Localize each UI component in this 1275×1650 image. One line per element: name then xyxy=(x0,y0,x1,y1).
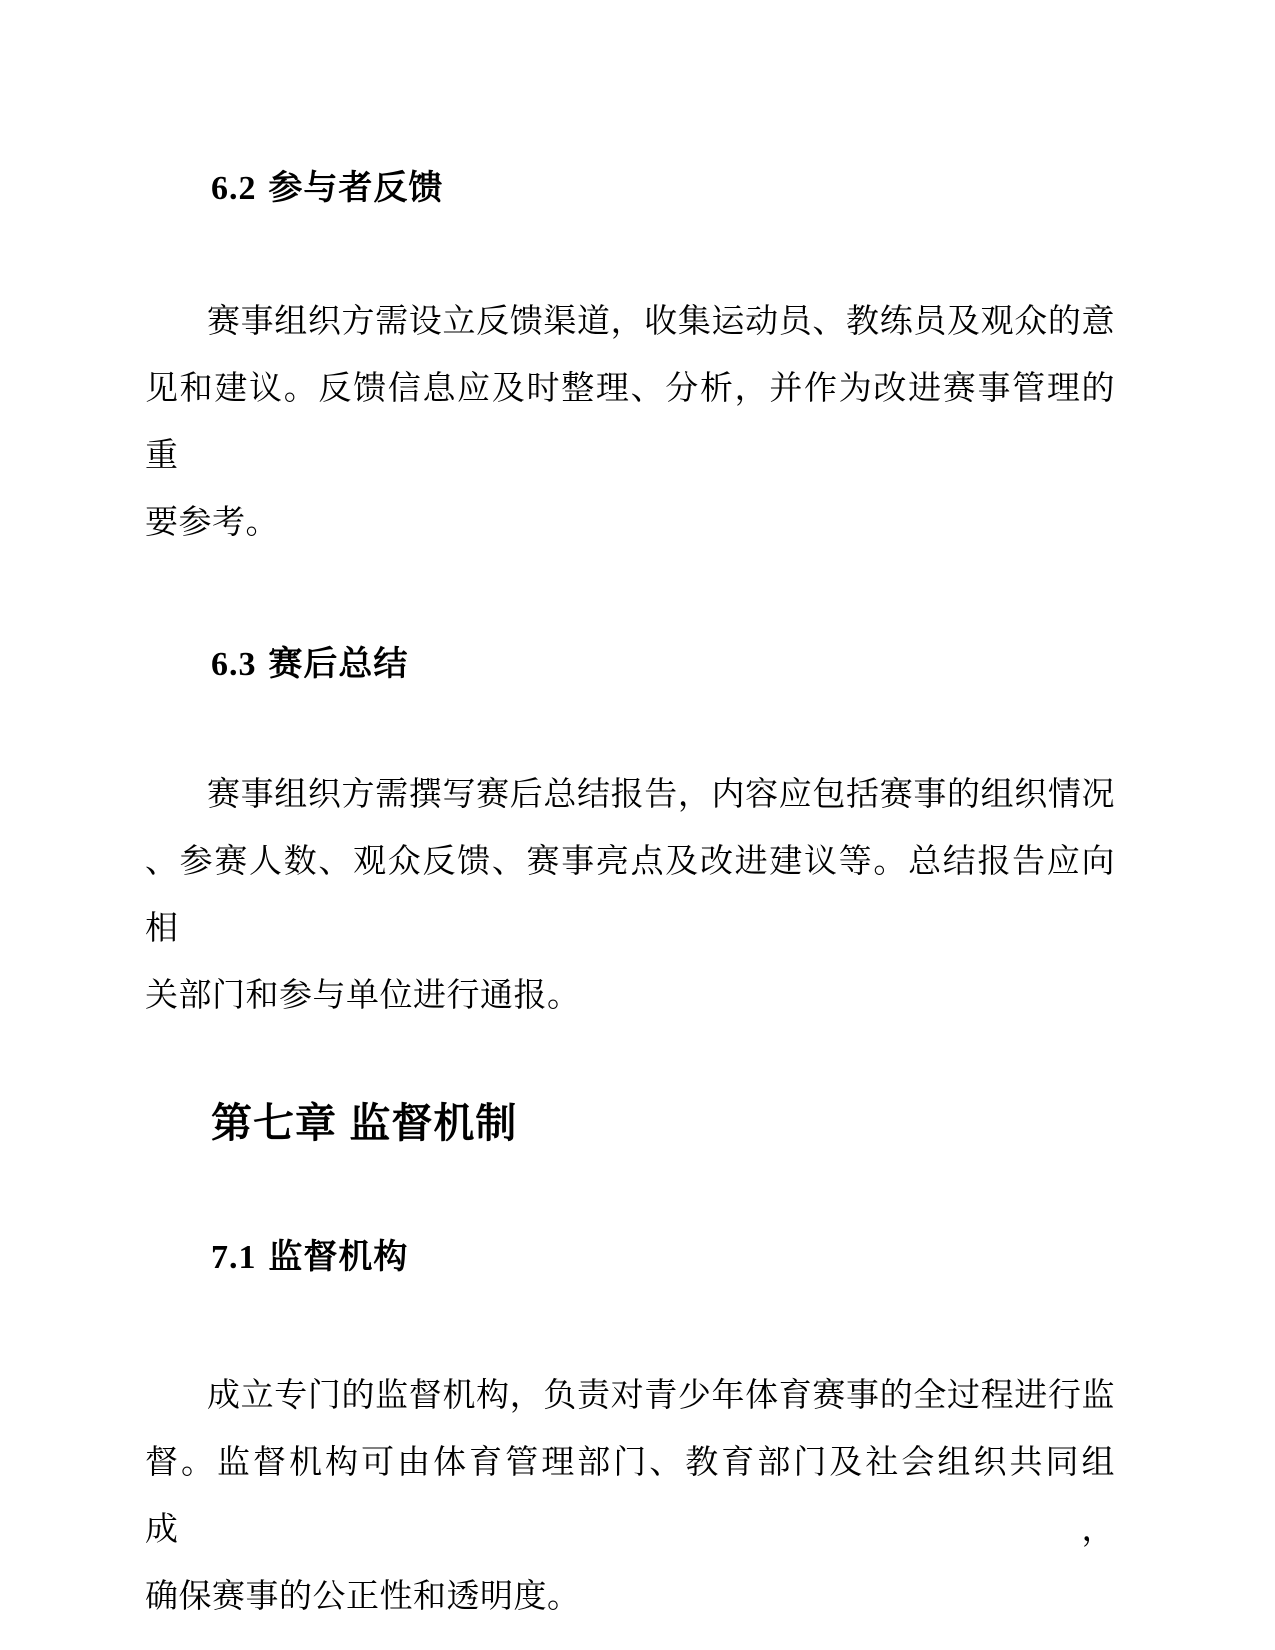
paragraph-post-event-summary: 赛事组织方需撰写赛后总结报告，内容应包括赛事的组织情况 、参赛人数、观众反馈、赛… xyxy=(145,762,1115,1030)
paragraph-line: 成立专门的监督机构，负责对青少年体育赛事的全过程进行监 xyxy=(145,1363,1115,1430)
chapter-heading-7: 第七章 监督机制 xyxy=(145,1099,1115,1147)
paragraph-line: 督。监督机构可由体育管理部门、教育部门及社会组织共同组成， xyxy=(145,1430,1115,1564)
paragraph-line: 确保赛事的公正性和透明度。 xyxy=(145,1564,1115,1631)
section-heading-6-2: 6.2参与者反馈 xyxy=(145,168,1115,209)
paragraph-line: 关部门和参与单位进行通报。 xyxy=(145,963,1115,1030)
section-number: 7.1 xyxy=(211,1239,257,1276)
paragraph-line: 赛事组织方需设立反馈渠道，收集运动员、教练员及观众的意 xyxy=(145,289,1115,356)
section-title: 赛后总结 xyxy=(268,645,408,683)
paragraph-line: 见和建议。反馈信息应及时整理、分析，并作为改进赛事管理的重 xyxy=(145,356,1115,490)
paragraph-line: 赛事组织方需撰写赛后总结报告，内容应包括赛事的组织情况 xyxy=(145,762,1115,829)
section-heading-7-1: 7.1监督机构 xyxy=(145,1237,1115,1278)
paragraph-participant-feedback: 赛事组织方需设立反馈渠道，收集运动员、教练员及观众的意 见和建议。反馈信息应及时… xyxy=(145,289,1115,557)
section-number: 6.3 xyxy=(211,646,257,683)
paragraph-supervision-body: 成立专门的监督机构，负责对青少年体育赛事的全过程进行监 督。监督机构可由体育管理… xyxy=(145,1363,1115,1631)
document-page: 6.2参与者反馈 赛事组织方需设立反馈渠道，收集运动员、教练员及观众的意 见和建… xyxy=(0,0,1275,1650)
section-title: 参与者反馈 xyxy=(268,169,443,207)
paragraph-line: 要参考。 xyxy=(145,490,1115,557)
paragraph-line: 、参赛人数、观众反馈、赛事亮点及改进建议等。总结报告应向相 xyxy=(145,829,1115,963)
section-title: 监督机构 xyxy=(268,1238,408,1276)
document-content: 6.2参与者反馈 赛事组织方需设立反馈渠道，收集运动员、教练员及观众的意 见和建… xyxy=(145,0,1115,1631)
section-heading-6-3: 6.3赛后总结 xyxy=(145,644,1115,685)
section-number: 6.2 xyxy=(211,170,257,207)
